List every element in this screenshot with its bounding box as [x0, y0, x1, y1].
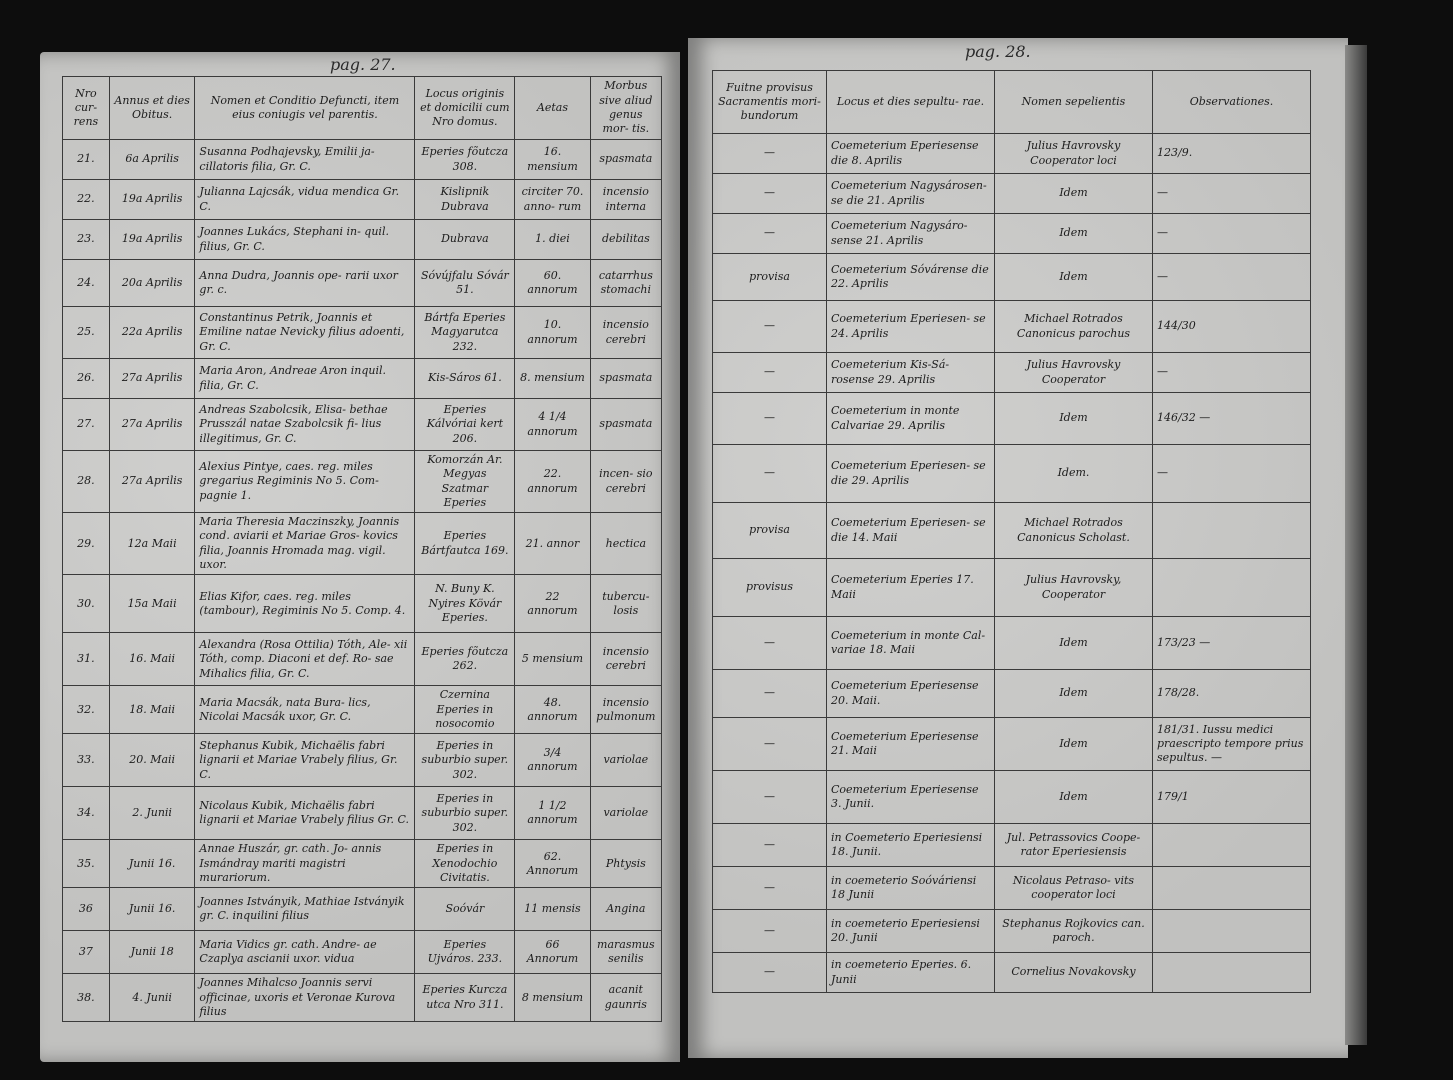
age-cell: 60. annorum [515, 260, 590, 307]
burial-place-date-cell: Coemeterium Eperiesen- se die 14. Maii [827, 503, 995, 559]
sacraments-cell: provisa [713, 503, 827, 559]
header-observations: Observationes. [1153, 71, 1311, 134]
observations-cell [1153, 559, 1311, 617]
death-date-cell: Junii 16. [109, 888, 195, 931]
sacraments-cell: provisus [713, 559, 827, 617]
book-edge [1345, 45, 1367, 1045]
deceased-name-cell: Susanna Podhajevsky, Emilii ja- cillator… [195, 140, 415, 180]
cause-of-death-cell: spasmata [590, 399, 661, 451]
sacraments-cell: — [713, 910, 827, 953]
cause-of-death-cell: incen- sio cerebri [590, 451, 661, 513]
officiant-name-cell: Idem [995, 771, 1153, 824]
burial-place-date-cell: Coemeterium Eperiesense 3. Junii. [827, 771, 995, 824]
origin-domicile-cell: Kislipnik Dubrava [415, 180, 515, 220]
cause-of-death-cell: catarrhus stomachi [590, 260, 661, 307]
entry-number-cell: 24. [63, 260, 110, 307]
origin-domicile-cell: Eperies Bártfautca 169. [415, 513, 515, 575]
burial-place-date-cell: Coemeterium Eperiesense 21. Maii [827, 718, 995, 771]
death-date-cell: 16. Maii [109, 633, 195, 686]
burial-place-date-cell: Coemeterium Nagysáro- sense 21. Aprilis [827, 214, 995, 254]
cause-of-death-cell: marasmus senilis [590, 931, 661, 974]
age-cell: 1 1/2 annorum [515, 787, 590, 840]
deceased-name-cell: Anna Dudra, Joannis ope- rarii uxor gr. … [195, 260, 415, 307]
age-cell: 62. Annorum [515, 840, 590, 888]
deceased-name-cell: Joannes Istványik, Mathiae Istványik gr.… [195, 888, 415, 931]
sacraments-cell: — [713, 670, 827, 718]
observations-cell: — [1153, 353, 1311, 393]
death-date-cell: 4. Junii [109, 974, 195, 1022]
officiant-name-cell: Idem [995, 617, 1153, 670]
table-row: —in coemeterio Eperiesiensi 20. JuniiSte… [713, 910, 1311, 953]
entry-number-cell: 30. [63, 575, 110, 633]
table-row: —in Coemeterio Eperiesiensi 18. Junii.Ju… [713, 824, 1311, 867]
deceased-name-cell: Alexius Pintye, caes. reg. miles gregari… [195, 451, 415, 513]
entry-number-cell: 26. [63, 359, 110, 399]
cause-of-death-cell: tubercu- losis [590, 575, 661, 633]
observations-cell [1153, 503, 1311, 559]
burial-place-date-cell: Coemeterium Eperiesen- se 24. Aprilis [827, 301, 995, 353]
officiant-name-cell: Idem [995, 214, 1153, 254]
observations-cell: 181/31. Iussu medici praescripto tempore… [1153, 718, 1311, 771]
table-row: 21.6a AprilisSusanna Podhajevsky, Emilii… [63, 140, 662, 180]
observations-cell: 173/23 — [1153, 617, 1311, 670]
entry-number-cell: 34. [63, 787, 110, 840]
table-row: —Coemeterium Nagysáro- sense 21. Aprilis… [713, 214, 1311, 254]
age-cell: 5 mensium [515, 633, 590, 686]
age-cell: 1. diei [515, 220, 590, 260]
officiant-name-cell: Julius Havrovsky Cooperator [995, 353, 1153, 393]
table-row: —Coemeterium Kis-Sá- rosense 29. Aprilis… [713, 353, 1311, 393]
death-date-cell: 18. Maii [109, 686, 195, 734]
officiant-name-cell: Idem [995, 254, 1153, 301]
origin-domicile-cell: Kis-Sáros 61. [415, 359, 515, 399]
burial-place-date-cell: Coemeterium Eperies 17. Maii [827, 559, 995, 617]
death-date-cell: Junii 18 [109, 931, 195, 974]
death-date-cell: 2. Junii [109, 787, 195, 840]
officiant-name-cell: Nicolaus Petraso- vits cooperator loci [995, 867, 1153, 910]
observations-cell [1153, 953, 1311, 993]
origin-domicile-cell: Eperies fõutcza 262. [415, 633, 515, 686]
burial-place-date-cell: in coemeterio Eperies. 6. Junii [827, 953, 995, 993]
table-row: —in coemeterio Soóváriensi 18 JuniiNicol… [713, 867, 1311, 910]
table-row: 32.18. MaiiMaria Macsák, nata Bura- lics… [63, 686, 662, 734]
origin-domicile-cell: N. Buny K. Nyires Kövár Eperies. [415, 575, 515, 633]
cause-of-death-cell: Phtysis [590, 840, 661, 888]
entry-number-cell: 28. [63, 451, 110, 513]
officiant-name-cell: Idem. [995, 445, 1153, 503]
table-row: 37Junii 18Maria Vidics gr. cath. Andre- … [63, 931, 662, 974]
table-row: —Coemeterium Eperiesense 21. MaiiIdem181… [713, 718, 1311, 771]
observations-cell [1153, 867, 1311, 910]
entry-number-cell: 33. [63, 734, 110, 787]
header-sacraments: Fuitne provisus Sacramentis mori- bundor… [713, 71, 827, 134]
deceased-name-cell: Julianna Lajcsák, vidua mendica Gr. C. [195, 180, 415, 220]
observations-cell: 146/32 — [1153, 393, 1311, 445]
sacraments-cell: — [713, 953, 827, 993]
origin-domicile-cell: Soóvár [415, 888, 515, 931]
death-register-table-right: Fuitne provisus Sacramentis mori- bundor… [712, 70, 1311, 993]
burial-place-date-cell: Coemeterium Eperiesen- se die 29. Aprili… [827, 445, 995, 503]
entry-number-cell: 21. [63, 140, 110, 180]
death-date-cell: 19a Aprilis [109, 220, 195, 260]
cause-of-death-cell: spasmata [590, 140, 661, 180]
officiant-name-cell: Michael Rotrados Canonicus parochus [995, 301, 1153, 353]
observations-cell: 144/30 [1153, 301, 1311, 353]
burial-place-date-cell: in Coemeterio Eperiesiensi 18. Junii. [827, 824, 995, 867]
age-cell: 66 Annorum [515, 931, 590, 974]
officiant-name-cell: Cornelius Novakovsky [995, 953, 1153, 993]
origin-domicile-cell: Eperies fõutcza 308. [415, 140, 515, 180]
origin-domicile-cell: Dubrava [415, 220, 515, 260]
deceased-name-cell: Maria Macsák, nata Bura- lics, Nicolai M… [195, 686, 415, 734]
cause-of-death-cell: incensio pulmonum [590, 686, 661, 734]
page-number-left: pag. 27. [330, 55, 396, 74]
age-cell: circiter 70. anno- rum [515, 180, 590, 220]
deceased-name-cell: Joannes Lukács, Stephani in- quil. filiu… [195, 220, 415, 260]
table-row: 23.19a AprilisJoannes Lukács, Stephani i… [63, 220, 662, 260]
table-row: 31.16. MaiiAlexandra (Rosa Ottilia) Tóth… [63, 633, 662, 686]
death-register-table-left: Nro cur- rens Annus et dies Obitus. Nome… [62, 76, 662, 1022]
deceased-name-cell: Andreas Szabolcsik, Elisa- bethae Prussz… [195, 399, 415, 451]
origin-domicile-cell: Eperies Kálvóriai kert 206. [415, 399, 515, 451]
burial-place-date-cell: in coemeterio Soóváriensi 18 Junii [827, 867, 995, 910]
age-cell: 21. annor [515, 513, 590, 575]
deceased-name-cell: Maria Aron, Andreae Aron inquil. filia, … [195, 359, 415, 399]
table-row: 27.27a AprilisAndreas Szabolcsik, Elisa-… [63, 399, 662, 451]
table-row: —Coemeterium Eperiesense 3. Junii.Idem17… [713, 771, 1311, 824]
header-date: Annus et dies Obitus. [109, 77, 195, 140]
table-row: —Coemeterium Nagysárosen- se die 21. Apr… [713, 174, 1311, 214]
cause-of-death-cell: incensio cerebri [590, 633, 661, 686]
sacraments-cell: — [713, 134, 827, 174]
death-date-cell: 12a Maii [109, 513, 195, 575]
sacraments-cell: — [713, 718, 827, 771]
origin-domicile-cell: Komorzán Ar. Megyas Szatmar Eperies [415, 451, 515, 513]
observations-cell: — [1153, 254, 1311, 301]
age-cell: 4 1/4 annorum [515, 399, 590, 451]
table-row: 24.20a AprilisAnna Dudra, Joannis ope- r… [63, 260, 662, 307]
deceased-name-cell: Joannes Mihalcso Joannis servi officinae… [195, 974, 415, 1022]
observations-cell: — [1153, 174, 1311, 214]
deceased-name-cell: Nicolaus Kubik, Michaëlis fabri lignarii… [195, 787, 415, 840]
burial-place-date-cell: Coemeterium Sóvárense die 22. Aprilis [827, 254, 995, 301]
age-cell: 16. mensium [515, 140, 590, 180]
origin-domicile-cell: Eperies in suburbio super. 302. [415, 787, 515, 840]
burial-place-date-cell: Coemeterium Kis-Sá- rosense 29. Aprilis [827, 353, 995, 393]
sacraments-cell: — [713, 771, 827, 824]
sacraments-cell: — [713, 301, 827, 353]
burial-place-date-cell: in coemeterio Eperiesiensi 20. Junii [827, 910, 995, 953]
officiant-name-cell: Stephanus Rojkovics can. paroch. [995, 910, 1153, 953]
header-origin: Locus originis et domicilii cum Nro domu… [415, 77, 515, 140]
sacraments-cell: — [713, 617, 827, 670]
observations-cell: 178/28. [1153, 670, 1311, 718]
officiant-name-cell: Idem [995, 393, 1153, 445]
entry-number-cell: 29. [63, 513, 110, 575]
origin-domicile-cell: Eperies Ujváros. 233. [415, 931, 515, 974]
officiant-name-cell: Jul. Petrassovics Coope- rator Eperiesie… [995, 824, 1153, 867]
burial-place-date-cell: Coemeterium Nagysárosen- se die 21. Apri… [827, 174, 995, 214]
observations-cell: 179/1 [1153, 771, 1311, 824]
table-row: 33.20. MaiiStephanus Kubik, Michaëlis fa… [63, 734, 662, 787]
table-row: 22.19a AprilisJulianna Lajcsák, vidua me… [63, 180, 662, 220]
burial-place-date-cell: Coemeterium in monte Cal- variae 18. Mai… [827, 617, 995, 670]
officiant-name-cell: Idem [995, 718, 1153, 771]
sacraments-cell: — [713, 174, 827, 214]
header-name: Nomen et Conditio Defuncti, item eius co… [195, 77, 415, 140]
burial-place-date-cell: Coemeterium in monte Calvariae 29. April… [827, 393, 995, 445]
age-cell: 11 mensis [515, 888, 590, 931]
origin-domicile-cell: Eperies in suburbio super. 302. [415, 734, 515, 787]
death-date-cell: Junii 16. [109, 840, 195, 888]
cause-of-death-cell: spasmata [590, 359, 661, 399]
cause-of-death-cell: debilitas [590, 220, 661, 260]
sacraments-cell: — [713, 353, 827, 393]
sacraments-cell: — [713, 393, 827, 445]
table-row: —in coemeterio Eperies. 6. JuniiCorneliu… [713, 953, 1311, 993]
death-date-cell: 27a Aprilis [109, 359, 195, 399]
death-date-cell: 20a Aprilis [109, 260, 195, 307]
entry-number-cell: 38. [63, 974, 110, 1022]
sacraments-cell: provisa [713, 254, 827, 301]
deceased-name-cell: Elias Kifor, caes. reg. miles (tambour),… [195, 575, 415, 633]
origin-domicile-cell: Eperies Kurcza utca Nro 311. [415, 974, 515, 1022]
header-disease: Morbus sive aliud genus mor- tis. [590, 77, 661, 140]
officiant-name-cell: Idem [995, 174, 1153, 214]
deceased-name-cell: Stephanus Kubik, Michaëlis fabri lignari… [195, 734, 415, 787]
cause-of-death-cell: acanit gaunris [590, 974, 661, 1022]
cause-of-death-cell: variolae [590, 734, 661, 787]
table-row: 29.12a MaiiMaria Theresia Maczinszky, Jo… [63, 513, 662, 575]
death-date-cell: 20. Maii [109, 734, 195, 787]
table-row: provisaCoemeterium Eperiesen- se die 14.… [713, 503, 1311, 559]
cause-of-death-cell: incensio cerebri [590, 307, 661, 359]
header-burial: Locus et dies sepultu- rae. [827, 71, 995, 134]
origin-domicile-cell: Eperies in Xenodochio Civitatis. [415, 840, 515, 888]
table-row: 34.2. JuniiNicolaus Kubik, Michaëlis fab… [63, 787, 662, 840]
table-row: —Coemeterium Eperiesen- se die 29. April… [713, 445, 1311, 503]
age-cell: 10. annorum [515, 307, 590, 359]
deceased-name-cell: Maria Vidics gr. cath. Andre- ae Czaplya… [195, 931, 415, 974]
age-cell: 8 mensium [515, 974, 590, 1022]
observations-cell: — [1153, 214, 1311, 254]
burial-place-date-cell: Coemeterium Eperiesense 20. Maii. [827, 670, 995, 718]
page-number-right: pag. 28. [965, 42, 1031, 61]
table-row: —Coemeterium in monte Cal- variae 18. Ma… [713, 617, 1311, 670]
death-date-cell: 19a Aprilis [109, 180, 195, 220]
death-date-cell: 15a Maii [109, 575, 195, 633]
age-cell: 22 annorum [515, 575, 590, 633]
death-date-cell: 22a Aprilis [109, 307, 195, 359]
age-cell: 8. mensium [515, 359, 590, 399]
sacraments-cell: — [713, 445, 827, 503]
cause-of-death-cell: incensio interna [590, 180, 661, 220]
deceased-name-cell: Maria Theresia Maczinszky, Joannis cond.… [195, 513, 415, 575]
cause-of-death-cell: variolae [590, 787, 661, 840]
entry-number-cell: 27. [63, 399, 110, 451]
table-row: 36Junii 16.Joannes Istványik, Mathiae Is… [63, 888, 662, 931]
officiant-name-cell: Julius Havrovsky Cooperator loci [995, 134, 1153, 174]
header-age: Aetas [515, 77, 590, 140]
entry-number-cell: 35. [63, 840, 110, 888]
sacraments-cell: — [713, 867, 827, 910]
table-row: 30.15a MaiiElias Kifor, caes. reg. miles… [63, 575, 662, 633]
table-row: —Coemeterium in monte Calvariae 29. Apri… [713, 393, 1311, 445]
deceased-name-cell: Annae Huszár, gr. cath. Jo- annis Ismánd… [195, 840, 415, 888]
deceased-name-cell: Constantinus Petrik, Joannis et Emiline … [195, 307, 415, 359]
burial-place-date-cell: Coemeterium Eperiesense die 8. Aprilis [827, 134, 995, 174]
entry-number-cell: 36 [63, 888, 110, 931]
entry-number-cell: 22. [63, 180, 110, 220]
age-cell: 3/4 annorum [515, 734, 590, 787]
table-row: 35.Junii 16.Annae Huszár, gr. cath. Jo- … [63, 840, 662, 888]
table-row: —Coemeterium Eperiesen- se 24. AprilisMi… [713, 301, 1311, 353]
entry-number-cell: 23. [63, 220, 110, 260]
sacraments-cell: — [713, 824, 827, 867]
officiant-name-cell: Idem [995, 670, 1153, 718]
table-row: —Coemeterium Eperiesense die 8. AprilisJ… [713, 134, 1311, 174]
entry-number-cell: 37 [63, 931, 110, 974]
table-row: 38.4. JuniiJoannes Mihalcso Joannis serv… [63, 974, 662, 1022]
cause-of-death-cell: Angina [590, 888, 661, 931]
deceased-name-cell: Alexandra (Rosa Ottilia) Tóth, Ale- xii … [195, 633, 415, 686]
table-row: —Coemeterium Eperiesense 20. Maii.Idem17… [713, 670, 1311, 718]
observations-cell: — [1153, 445, 1311, 503]
death-date-cell: 6a Aprilis [109, 140, 195, 180]
entry-number-cell: 31. [63, 633, 110, 686]
table-header-row: Nro cur- rens Annus et dies Obitus. Nome… [63, 77, 662, 140]
age-cell: 48. annorum [515, 686, 590, 734]
officiant-name-cell: Julius Havrovsky, Cooperator [995, 559, 1153, 617]
table-row: 26.27a AprilisMaria Aron, Andreae Aron i… [63, 359, 662, 399]
observations-cell [1153, 910, 1311, 953]
table-row: provisaCoemeterium Sóvárense die 22. Apr… [713, 254, 1311, 301]
cause-of-death-cell: hectica [590, 513, 661, 575]
table-header-row: Fuitne provisus Sacramentis mori- bundor… [713, 71, 1311, 134]
entry-number-cell: 25. [63, 307, 110, 359]
death-date-cell: 27a Aprilis [109, 399, 195, 451]
table-row: 25.22a AprilisConstantinus Petrik, Joann… [63, 307, 662, 359]
table-row: provisusCoemeterium Eperies 17. MaiiJuli… [713, 559, 1311, 617]
entry-number-cell: 32. [63, 686, 110, 734]
origin-domicile-cell: Sóvújfalu Sóvár 51. [415, 260, 515, 307]
age-cell: 22. annorum [515, 451, 590, 513]
origin-domicile-cell: Czernina Eperies in nosocomio [415, 686, 515, 734]
header-officiant: Nomen sepelientis [995, 71, 1153, 134]
observations-cell [1153, 824, 1311, 867]
observations-cell: 123/9. [1153, 134, 1311, 174]
officiant-name-cell: Michael Rotrados Canonicus Scholast. [995, 503, 1153, 559]
table-row: 28.27a AprilisAlexius Pintye, caes. reg.… [63, 451, 662, 513]
sacraments-cell: — [713, 214, 827, 254]
death-date-cell: 27a Aprilis [109, 451, 195, 513]
header-number: Nro cur- rens [63, 77, 110, 140]
origin-domicile-cell: Bártfa Eperies Magyarutca 232. [415, 307, 515, 359]
